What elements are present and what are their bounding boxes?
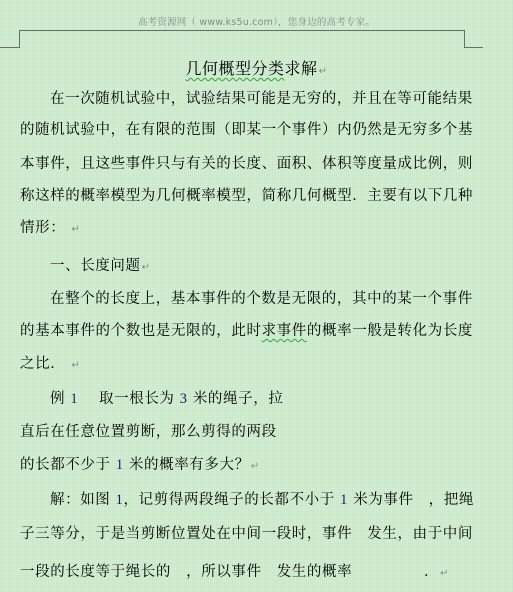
solution-line-2: 子三等分，于是当剪断位置处在中间一段时，事件 发生，由于中间 [20,525,473,543]
example-value-1: 1 [116,457,124,473]
paragraph-mark-icon: ↵ [72,224,81,235]
solution-line-1b: ，记剪得两段绳子的长都不小于 [123,492,334,508]
paragraph-mark-icon: ↵ [72,360,81,371]
section-body-line-3-text: 之比． [20,356,65,372]
intro-line-1: 在一次随机试验中，试验结果可能是无穷的，并且在等可能结果 [50,90,473,108]
header-border-right-tail [464,47,483,48]
example-1-line-3a: 的长都不少于 [20,457,111,473]
solution-line-1a: 解：如图 [50,492,110,508]
example-label: 例 [50,391,65,407]
header-border-left-drop [19,30,20,47]
example-1-line-2: 直后在任意位置剪断，那么剪得的两段 [20,423,277,441]
solution-line-3: 一段的长度等于绳长的 ，所以事件 发生的概率 [20,563,352,581]
grammar-flagged-phrase: 求事件 [262,323,307,339]
example-1-line-1: 例 1 取一根长为 3 米的绳子，拉 [50,390,283,408]
example-1-line-1b: 米的绳子，拉 [193,391,284,407]
section-body-line-2: 的基本事件的个数也是无限的，此时求事件的概率一般是转化为长度 [20,322,473,340]
intro-line-5: 情形： ↵ [20,219,81,239]
paragraph-mark-icon: ↵ [251,461,260,472]
header-border-right-drop [464,30,465,47]
section-heading-length: 一、长度问题↵ [50,257,151,277]
document-title: 几何概型分类求解↵ [0,56,513,79]
intro-line-5-text: 情形： [20,220,65,236]
paragraph-mark-icon: ↵ [142,262,151,273]
intro-line-4: 称这样的概率模型为几何概率模型，简称几何概型．主要有以下几种 [20,187,473,205]
section-body-line-3: 之比． ↵ [20,355,81,375]
header-border-top [19,30,465,31]
section-body-line-2a: 的基本事件的个数也是无限的，此时 [20,323,262,339]
section-heading-text: 一、长度问题 [50,258,141,274]
title-rest: 求解 [285,59,318,78]
paragraph-mark-icon: ↵ [440,568,449,579]
solution-line-1c: 米为事件 ，把绳 [353,492,474,508]
solution-line-3a: 一段的长度等于绳长的 ，所以事件 发生的概率 [20,564,352,580]
title-grammar-flagged: 几何概型分类 [186,59,285,78]
intro-line-2: 的随机试验中，在有限的范围（即某一个事件）内仍然是无穷多个基 [20,121,473,139]
solution-value-1: 1 [340,492,348,508]
page-header-text: 高考资源网（ www.ks5u.com），您身边的高考专家。 [0,14,513,28]
paragraph-mark-icon: ↵ [319,66,328,77]
example-1-line-3b: 米的概率有多大？ [129,457,250,473]
solution-line-3-end: ．↵ [424,563,449,583]
section-body-line-2b: 的概率一般是转化为长度 [307,323,473,339]
intro-line-3: 本事件，且这些事件只与有关的长度、面积、体积等度量成比例，则 [20,155,473,173]
header-border-left-tail [0,47,20,48]
example-number: 1 [70,391,78,407]
solution-line-1: 解：如图 1，记剪得两段绳子的长都不小于 1 米为事件 ，把绳 [50,491,474,509]
section-body-line-1: 在整个的长度上，基本事件的个数是无限的，其中的某一个事件 [50,290,473,308]
example-1-line-1a: 取一根长为 [99,391,175,407]
solution-end-period: ． [424,564,439,580]
example-value-3: 3 [180,391,188,407]
example-1-line-3: 的长都不少于 1 米的概率有多大？↵ [20,456,260,476]
